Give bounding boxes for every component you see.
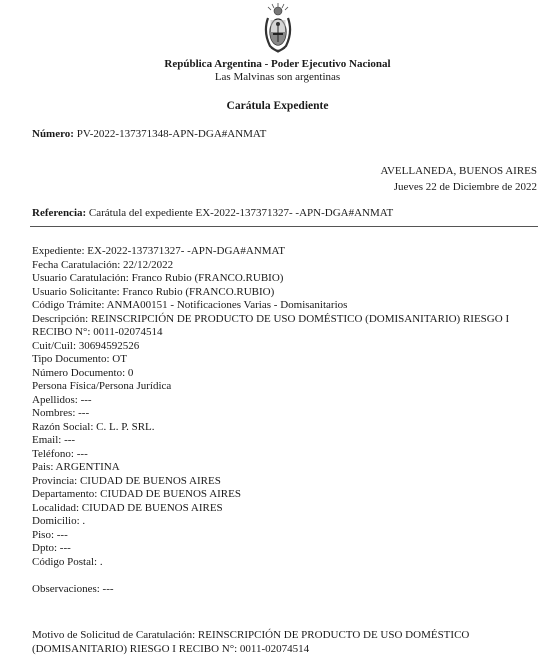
field-numero-documento: Número Documento: 0 xyxy=(32,367,547,381)
government-title: República Argentina - Poder Ejecutivo Na… xyxy=(0,58,555,70)
document-number-label: Número: xyxy=(32,128,74,140)
spacer xyxy=(32,569,547,583)
field-nombres: Nombres: --- xyxy=(32,407,547,421)
field-telefono: Teléfono: --- xyxy=(32,448,547,462)
field-codigo-tramite: Código Trámite: ANMA00151 - Notificacion… xyxy=(32,299,547,313)
field-expediente: Expediente: EX-2022-137371327- -APN-DGA#… xyxy=(32,245,547,259)
field-descripcion: Descripción: REINSCRIPCIÓN DE PRODUCTO D… xyxy=(32,313,547,340)
field-localidad: Localidad: CIUDAD DE BUENOS AIRES xyxy=(32,502,547,516)
field-domicilio: Domicilio: . xyxy=(32,515,547,529)
field-motivo-solicitud: Motivo de Solicitud de Caratulación: REI… xyxy=(32,629,547,656)
field-cuit-cuil: Cuit/Cuil: 30694592526 xyxy=(32,340,547,354)
field-pais: Pais: ARGENTINA xyxy=(32,461,547,475)
field-usuario-solicitante: Usuario Solicitante: Franco Rubio (FRANC… xyxy=(32,286,547,300)
place: AVELLANEDA, BUENOS AIRES xyxy=(380,163,537,179)
field-email: Email: --- xyxy=(32,434,547,448)
field-usuario-caratulacion: Usuario Caratulación: Franco Rubio (FRAN… xyxy=(32,272,547,286)
field-persona-tipo: Persona Física/Persona Jurídica xyxy=(32,380,547,394)
argentina-coat-of-arms-icon xyxy=(262,2,294,54)
field-observaciones: Observaciones: --- xyxy=(32,583,547,597)
field-departamento: Departamento: CIUDAD DE BUENOS AIRES xyxy=(32,488,547,502)
date: Jueves 22 de Diciembre de 2022 xyxy=(380,179,537,195)
field-piso: Piso: --- xyxy=(32,529,547,543)
field-provincia: Provincia: CIUDAD DE BUENOS AIRES xyxy=(32,475,547,489)
reference: Referencia: Carátula del expediente EX-2… xyxy=(32,207,393,219)
field-fecha-caratulacion: Fecha Caratulación: 22/12/2022 xyxy=(32,259,547,273)
place-date: AVELLANEDA, BUENOS AIRES Jueves 22 de Di… xyxy=(380,163,537,195)
field-razon-social: Razón Social: C. L. P. SRL. xyxy=(32,421,547,435)
field-dpto: Dpto: --- xyxy=(32,542,547,556)
document-number-value: PV-2022-137371348-APN-DGA#ANMAT xyxy=(77,128,267,140)
field-codigo-postal: Código Postal: . xyxy=(32,556,547,570)
field-tipo-documento: Tipo Documento: OT xyxy=(32,353,547,367)
reference-value: Carátula del expediente EX-2022-13737132… xyxy=(89,207,393,219)
separator-line xyxy=(30,226,538,227)
reference-label: Referencia: xyxy=(32,207,86,219)
motto: Las Malvinas son argentinas xyxy=(0,71,555,83)
expediente-fields: Expediente: EX-2022-137371327- -APN-DGA#… xyxy=(32,245,547,596)
document-title: Carátula Expediente xyxy=(0,100,555,112)
field-apellidos: Apellidos: --- xyxy=(32,394,547,408)
document-number: Número: PV-2022-137371348-APN-DGA#ANMAT xyxy=(32,128,266,140)
